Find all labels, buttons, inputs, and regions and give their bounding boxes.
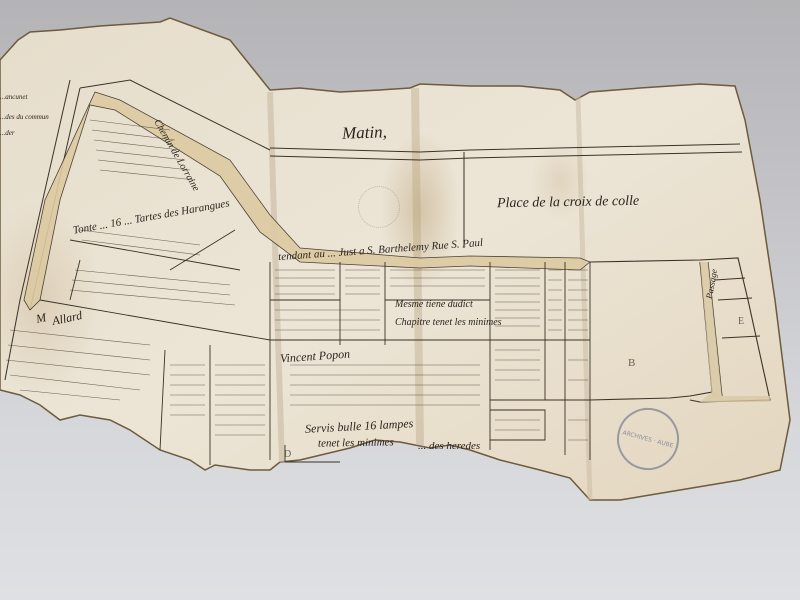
parcel-m-label: M xyxy=(35,311,47,325)
parcel-b-label: B xyxy=(628,358,635,369)
margin-note-1: ...ancunet xyxy=(0,94,27,101)
parcel-e-label: E xyxy=(738,317,744,327)
faded-stamp xyxy=(358,186,400,228)
map-heading: Matin, xyxy=(342,123,387,142)
margin-note-2: ...des du commun xyxy=(0,114,49,121)
place-label: Place de la croix de colle xyxy=(497,195,639,211)
monastery-label-1: Mesme tiene dudict xyxy=(395,300,473,310)
margin-note-3: ...der xyxy=(0,130,15,137)
parcel-d-label: D xyxy=(284,450,291,460)
monastery-label-2: Chapitre tenet les minimes xyxy=(395,318,502,328)
photo-scene: ARCHIVES · AUBE Matin, Place de la croix… xyxy=(0,0,800,600)
tenet-label: tenet les minimes xyxy=(318,437,394,449)
tenet-label-2: ... des heredes xyxy=(418,441,480,452)
